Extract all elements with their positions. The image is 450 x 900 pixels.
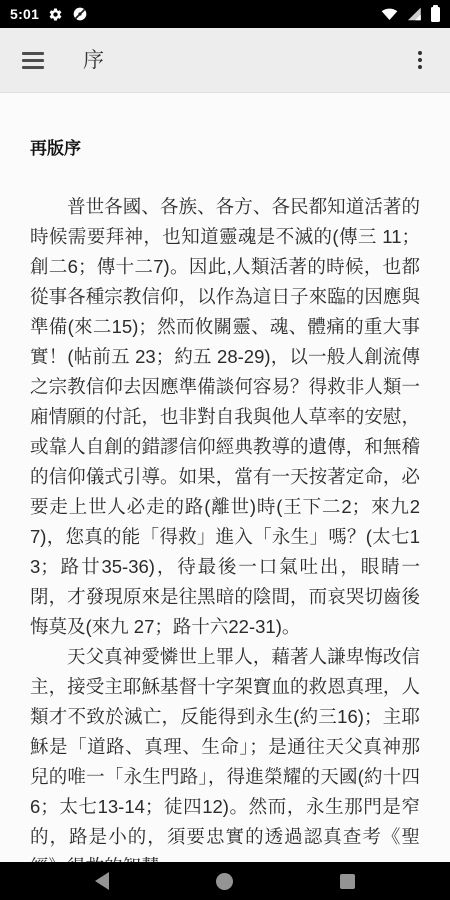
recents-button[interactable]: [336, 870, 359, 893]
battery-icon: [431, 7, 440, 22]
page-title: 序: [83, 50, 104, 71]
back-icon: [95, 872, 109, 890]
hamburger-icon: [22, 52, 44, 55]
paragraph-2: 天父真神愛憐世上罪人，藉著人謙卑悔改信主，接受主耶穌基督十字架寶血的救恩真理，人…: [30, 642, 420, 862]
status-time: 5:01: [10, 6, 39, 22]
status-bar-right: [381, 7, 440, 22]
status-bar-left: 5:01: [10, 6, 88, 22]
hamburger-menu-button[interactable]: [22, 52, 44, 69]
app-bar: 序: [0, 28, 450, 93]
wifi-icon: [381, 7, 398, 21]
paragraph-1: 普世各國、各族、各方、各民都知道活著的時候需要拜神，也知道靈魂是不滅的(傳三 1…: [30, 192, 420, 642]
back-button[interactable]: [91, 868, 113, 894]
android-nav-bar: [0, 862, 450, 900]
status-bar: 5:01: [0, 0, 450, 28]
phone-screen: 5:01 序 再版序 普世各國、各族、各: [0, 0, 450, 900]
cell-signal-icon: [407, 7, 422, 21]
section-heading: 再版序: [30, 139, 420, 159]
overflow-menu-button[interactable]: [412, 47, 428, 73]
home-icon: [216, 873, 233, 890]
recents-icon: [340, 874, 355, 889]
gear-icon: [48, 7, 63, 22]
home-button[interactable]: [212, 869, 237, 894]
overflow-dots-icon: [418, 51, 422, 55]
data-saver-icon: [72, 6, 88, 22]
content-area[interactable]: 再版序 普世各國、各族、各方、各民都知道活著的時候需要拜神，也知道靈魂是不滅的(…: [0, 93, 450, 862]
